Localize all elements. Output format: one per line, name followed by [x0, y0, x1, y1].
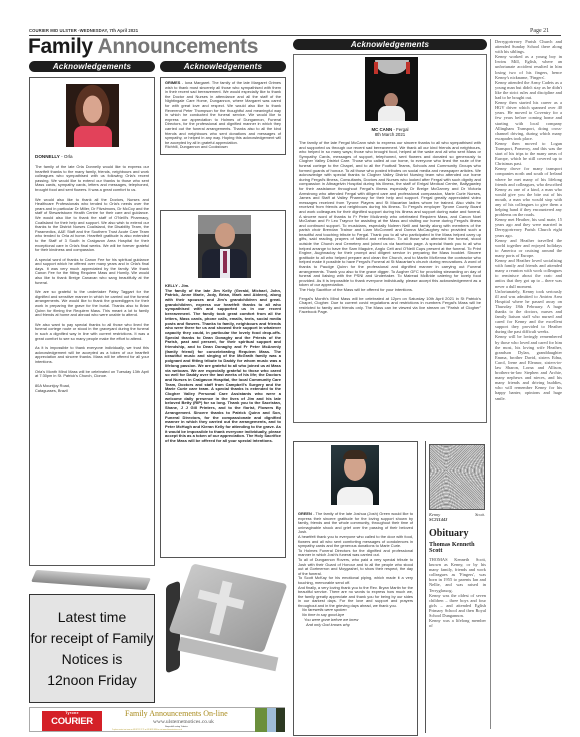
- section-header-acknowledgements: Acknowledgements: [160, 61, 286, 72]
- title-family: Family: [28, 35, 93, 58]
- mccann-mind-mass: Fergal's Month's Mind Mass will be celeb…: [299, 297, 481, 315]
- green-paragraph: To all of Dungannon Rovers, who paid a v…: [298, 558, 413, 576]
- obituary: KennyScott. SC211443 Obituary Thomas Ken…: [428, 441, 486, 737]
- donnelly-notice: DONNELLY - Orla The family of the late O…: [29, 77, 155, 566]
- obituary-text-col1: THOMAS Kenneth Scott, known as Kenny, or…: [429, 557, 486, 628]
- ad-subline: Nonprofit/Lasting Tributes: [165, 726, 188, 728]
- tyrone-courier-logo: Tyrone COURIER: [42, 711, 102, 731]
- photo-reference: SC211443: [429, 518, 485, 523]
- deadline-line: Latest time: [30, 607, 154, 628]
- green-paragraph: A heartfelt thank you to everyone who ca…: [298, 535, 413, 549]
- kelly-notice: KELLY - Jim. The family of the late Jim …: [160, 210, 286, 558]
- bible-graphic-left: [30, 570, 150, 590]
- mccann-text: The family of the late Fergal McCann wis…: [299, 141, 481, 288]
- kelly-text: The family of the late Jim Kelly (Gerald…: [165, 289, 281, 444]
- green-poem: No farewells were spoken No time to say …: [298, 608, 413, 627]
- mccann-closing: The Holy Sacrifice of the Mass will be o…: [299, 288, 481, 293]
- donnelly-address: Cataguases, Brazil: [35, 389, 149, 394]
- ad-headline: Family Announcements On-line: [125, 709, 228, 718]
- column-divider: [490, 39, 491, 729]
- kelly-body: KELLY - Jim. The family of the late Jim …: [165, 284, 281, 444]
- green-body: GREEN - The family of the late Joshua (J…: [298, 512, 413, 627]
- kelly-photo: [198, 215, 251, 278]
- deadline-line: 12noon Friday: [30, 670, 154, 691]
- donnelly-photo: [66, 84, 119, 147]
- bible-cross-icon: [158, 565, 283, 675]
- mccann-photo: [365, 57, 418, 121]
- obituary-subheading: Thomas Kenneth Scott: [429, 542, 486, 555]
- section-header-acknowledgements: Acknowledgements: [29, 61, 155, 72]
- mccann-heading: MC CANN - Fergal 8th March 2021: [299, 127, 481, 137]
- online-announcements-ad[interactable]: Tyrone COURIER Family Announcements On-l…: [29, 707, 285, 732]
- green-photo: [331, 445, 379, 505]
- donnelly-paragraph: We would also like to thank all the Doct…: [35, 198, 149, 253]
- title-announcements: Announcements: [98, 35, 259, 58]
- donnelly-paragraph: Orla's Month Mind Mass will be celebrate…: [35, 370, 149, 379]
- deadline-notice: Latest time for receipt of Family Notice…: [29, 594, 155, 703]
- grimes-notice: GRIMES - Iona Margaret. The family of th…: [160, 77, 286, 155]
- ad-url[interactable]: www.ulsternetnotices.co.uk: [153, 719, 214, 725]
- mccann-notice: MC CANN - Fergal 8th March 2021 The fami…: [293, 54, 487, 423]
- kenny-scott-photo: [429, 444, 485, 510]
- ad-photo: [255, 708, 285, 732]
- grimes-places: Richhill, Dungannon and Cookstown: [165, 145, 281, 150]
- donnelly-paragraph: As it is impossible to thank everyone in…: [35, 346, 149, 364]
- donnelly-paragraph: We are so grateful to the undertaker Pat…: [35, 290, 149, 318]
- donnelly-paragraph: The family of the late Orla Donnelly wou…: [35, 165, 149, 193]
- photo-caption: KennyScott. SC211443: [429, 513, 485, 523]
- mccann-date: 8th March 2021: [299, 132, 481, 137]
- page-title: Family Announcements: [28, 36, 258, 58]
- donnelly-paragraph: We also want to pay special thanks to al…: [35, 323, 149, 341]
- page-number: Page 21: [530, 28, 549, 34]
- grimes-text: GRIMES - Iona Margaret. The family of th…: [165, 81, 281, 145]
- deadline-line: Notices is: [30, 649, 154, 670]
- green-paragraph: And finally, a very loving thank you to …: [298, 586, 413, 609]
- ad-fineprint: To place contact our team on 028 87 22 2…: [112, 730, 182, 731]
- donnelly-heading: DONNELLY - Orla: [35, 154, 149, 160]
- deadline-line: for receipt of Family: [30, 628, 154, 649]
- section-header-acknowledgements: Acknowledgements: [293, 39, 487, 50]
- green-notice: GREEN - The family of the late Joshua (J…: [293, 441, 418, 736]
- green-paragraph: GREEN - The family of the late Joshua (J…: [298, 512, 413, 535]
- masthead: COURIER MID ULSTER -WEDNESDAY, 7th April…: [29, 28, 138, 33]
- donnelly-paragraph: A special word of thanks to Canon Fee fo…: [35, 258, 149, 286]
- obituary-text-col2: Derrygortreavy Parish Church and attende…: [495, 39, 562, 729]
- obituary-heading: Obituary: [429, 528, 468, 539]
